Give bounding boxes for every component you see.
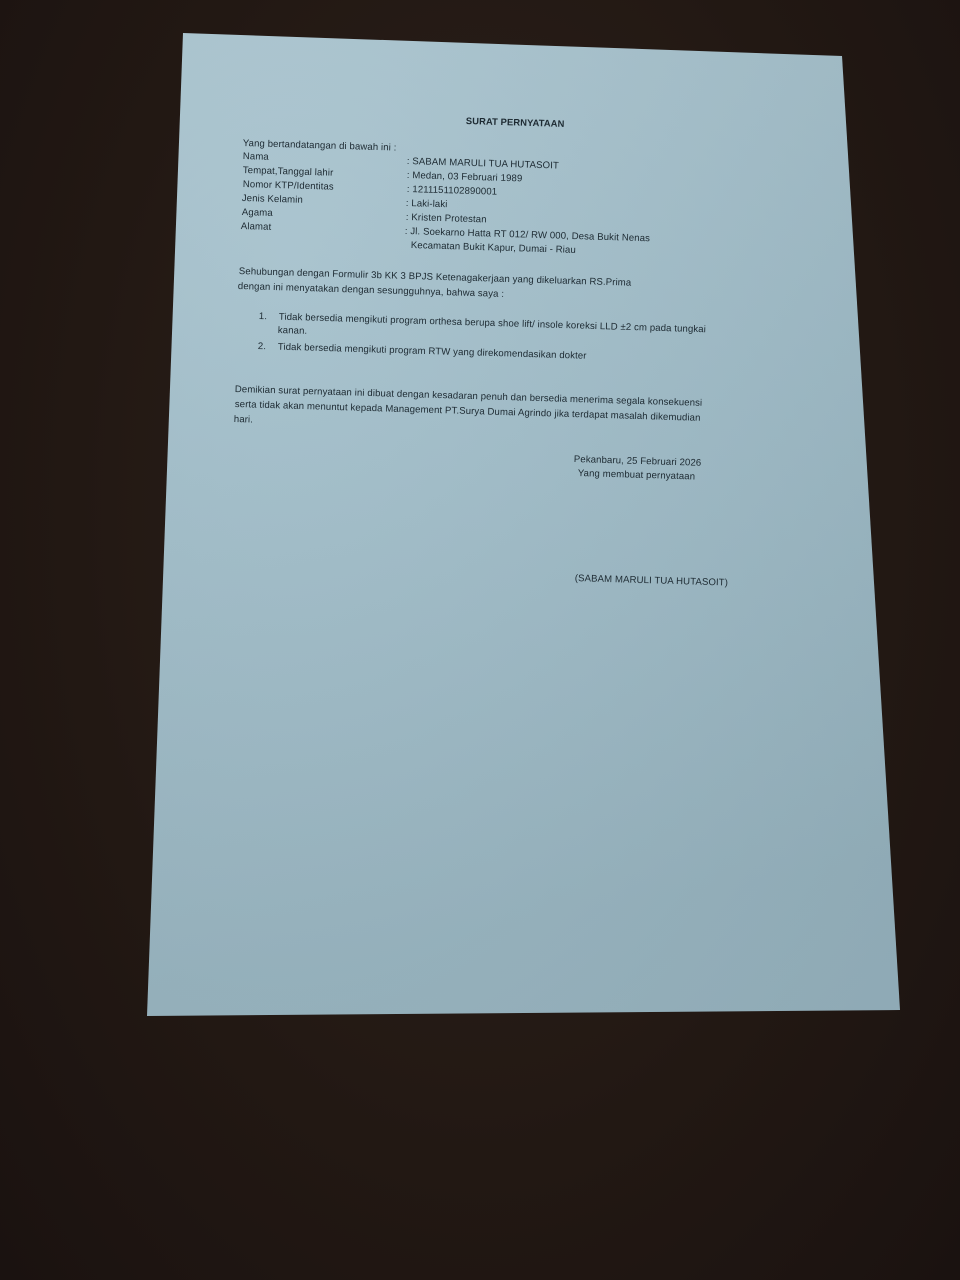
field-value-ttl: : Medan, 03 Februari 1989 [407, 170, 523, 184]
signer-name: (SABAM MARULI TUA HUTASOIT) [575, 573, 728, 589]
field-value-jenis-kelamin: : Laki-laki [406, 198, 448, 210]
document-text: SURAT PERNYATAAN Yang bertandatangan di … [0, 0, 960, 1280]
signer-caption: Yang membuat pernyataan [578, 468, 696, 482]
field-label-alamat: Alamat [241, 221, 272, 233]
list-item-1-line-2: kanan. [278, 325, 308, 337]
list-number: 1. [259, 311, 279, 323]
field-label-nama: Nama [243, 151, 269, 163]
field-label-jenis-kelamin: Jenis Kelamin [242, 193, 303, 206]
paragraph-1-line-2: dengan ini menyatakan dengan sesungguhny… [238, 281, 505, 300]
field-label-ktp: Nomor KTP/Identitas [243, 179, 334, 193]
field-value-alamat-line2: Kecamatan Bukit Kapur, Dumai - Riau [411, 240, 576, 256]
closing-line-3: hari. [234, 414, 253, 426]
field-value-nama: : SABAM MARULI TUA HUTASOIT [407, 156, 559, 172]
list-item-1: 1.Tidak bersedia mengikuti program orthe… [259, 311, 706, 335]
list-item-2: 2.Tidak bersedia mengikuti program RTW y… [258, 341, 587, 362]
field-label-agama: Agama [242, 207, 273, 219]
list-item-text: Tidak bersedia mengikuti program RTW yan… [278, 342, 587, 362]
place-date: Pekanbaru, 25 Februari 2026 [574, 454, 702, 469]
field-label-ttl: Tempat,Tanggal lahir [243, 165, 334, 179]
list-item-text: Tidak bersedia mengikuti program orthesa… [279, 312, 706, 336]
list-number: 2. [258, 341, 278, 353]
field-value-agama: : Kristen Protestan [406, 212, 487, 225]
field-value-ktp: : 1211151102890001 [407, 184, 498, 198]
document-title: SURAT PERNYATAAN [466, 115, 565, 129]
